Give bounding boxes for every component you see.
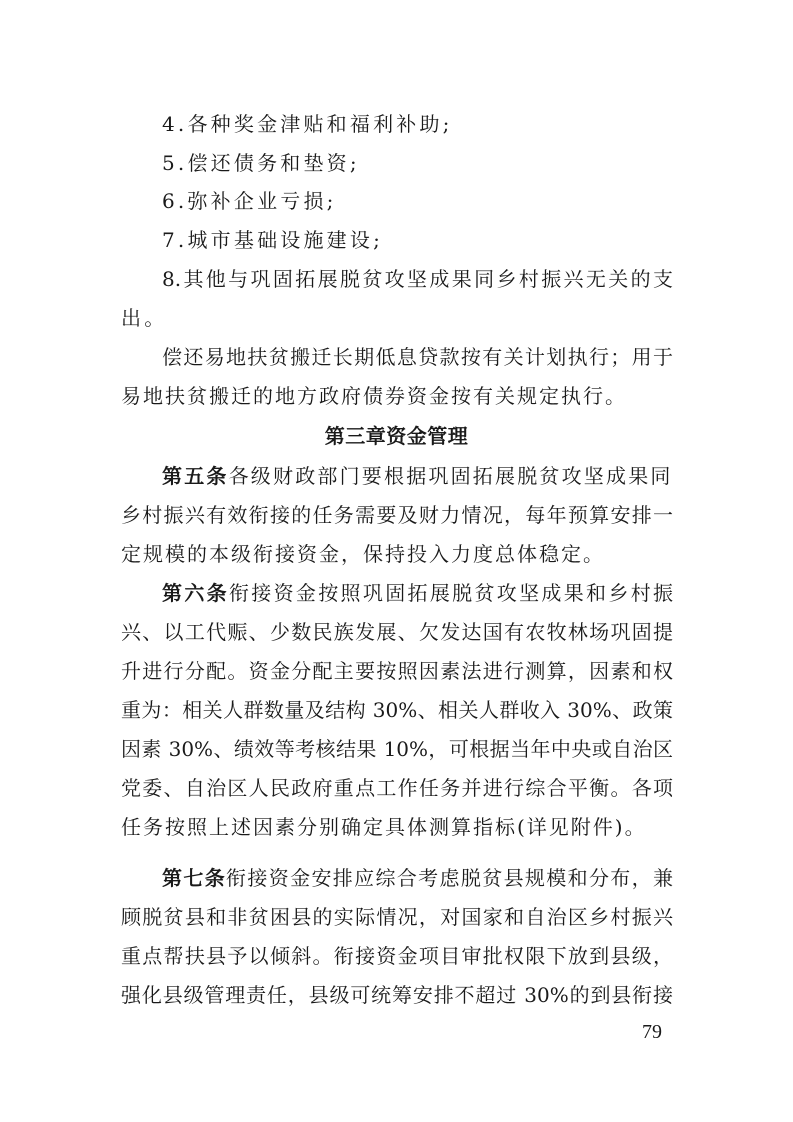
relocation-note-line-2: 易地扶贫搬迁的地方政府债券资金按有关规定执行。	[121, 384, 673, 408]
article-5-label: 第五条	[162, 464, 229, 488]
list-item-8-line-1: 8.其他与巩固拓展脱贫攻坚成果同乡村振兴无关的支	[162, 267, 673, 291]
article-5-line-2: 乡村振兴有效衔接的任务需要及财力情况，每年预算安排一	[121, 503, 673, 527]
page-number: 79	[642, 1020, 662, 1044]
article-5-line-1: 第五条各级财政部门要根据巩固拓展脱贫攻坚成果同	[162, 464, 673, 488]
article-6-line-4: 重为：相关人群数量及结构 30%、相关人群收入 30%、政策	[121, 698, 673, 722]
article-7-label: 第七条	[162, 866, 226, 890]
article-6-line-5: 因素 30%、绩效等考核结果 10%，可根据当年中央或自治区	[121, 737, 673, 761]
article-6-line-1: 第六条衔接资金按照巩固拓展脱贫攻坚成果和乡村振	[162, 581, 673, 605]
article-7-line-3: 重点帮扶县予以倾斜。衔接资金项目审批权限下放到县级，	[121, 944, 673, 968]
list-item-6: 6.弥补企业亏损;	[162, 189, 673, 213]
article-7-line-4: 强化县级管理责任，县级可统筹安排不超过 30%的到县衔接	[121, 983, 673, 1007]
article-7-line-2: 顾脱贫县和非贫困县的实际情况，对国家和自治区乡村振兴	[121, 905, 673, 929]
document-page: 4.各种奖金津贴和福利补助; 5.偿还债务和垫资; 6.弥补企业亏损; 7.城市…	[0, 0, 793, 1122]
article-6-line-3: 升进行分配。资金分配主要按照因素法进行测算，因素和权	[121, 659, 673, 683]
relocation-note-line-1: 偿还易地扶贫搬迁长期低息贷款按有关计划执行；用于	[162, 345, 673, 369]
article-6-label: 第六条	[162, 581, 229, 605]
article-5-text: 各级财政部门要根据巩固拓展脱贫攻坚成果同	[229, 464, 673, 488]
article-6-line-7: 任务按照上述因素分别确定具体测算指标(详见附件)。	[121, 815, 673, 839]
article-5-line-3: 定规模的本级衔接资金，保持投入力度总体稳定。	[121, 542, 673, 566]
list-item-4: 4.各种奖金津贴和福利补助;	[162, 112, 673, 136]
list-item-7: 7.城市基础设施建设;	[162, 228, 673, 252]
article-6-line-6: 党委、自治区人民政府重点工作任务并进行综合平衡。各项	[121, 776, 673, 800]
article-7-line-1: 第七条衔接资金安排应综合考虑脱贫县规模和分布，兼	[162, 866, 673, 890]
article-6-text: 衔接资金按照巩固拓展脱贫攻坚成果和乡村振	[229, 581, 673, 605]
article-6-line-2: 兴、以工代赈、少数民族发展、欠发达国有农牧林场巩固提	[121, 620, 673, 644]
chapter-heading: 第三章资金管理	[0, 424, 793, 448]
article-7-text: 衔接资金安排应综合考虑脱贫县规模和分布，兼	[226, 866, 673, 890]
list-item-8-line-2: 出。	[121, 306, 673, 330]
list-item-5: 5.偿还债务和垫资;	[162, 151, 673, 175]
